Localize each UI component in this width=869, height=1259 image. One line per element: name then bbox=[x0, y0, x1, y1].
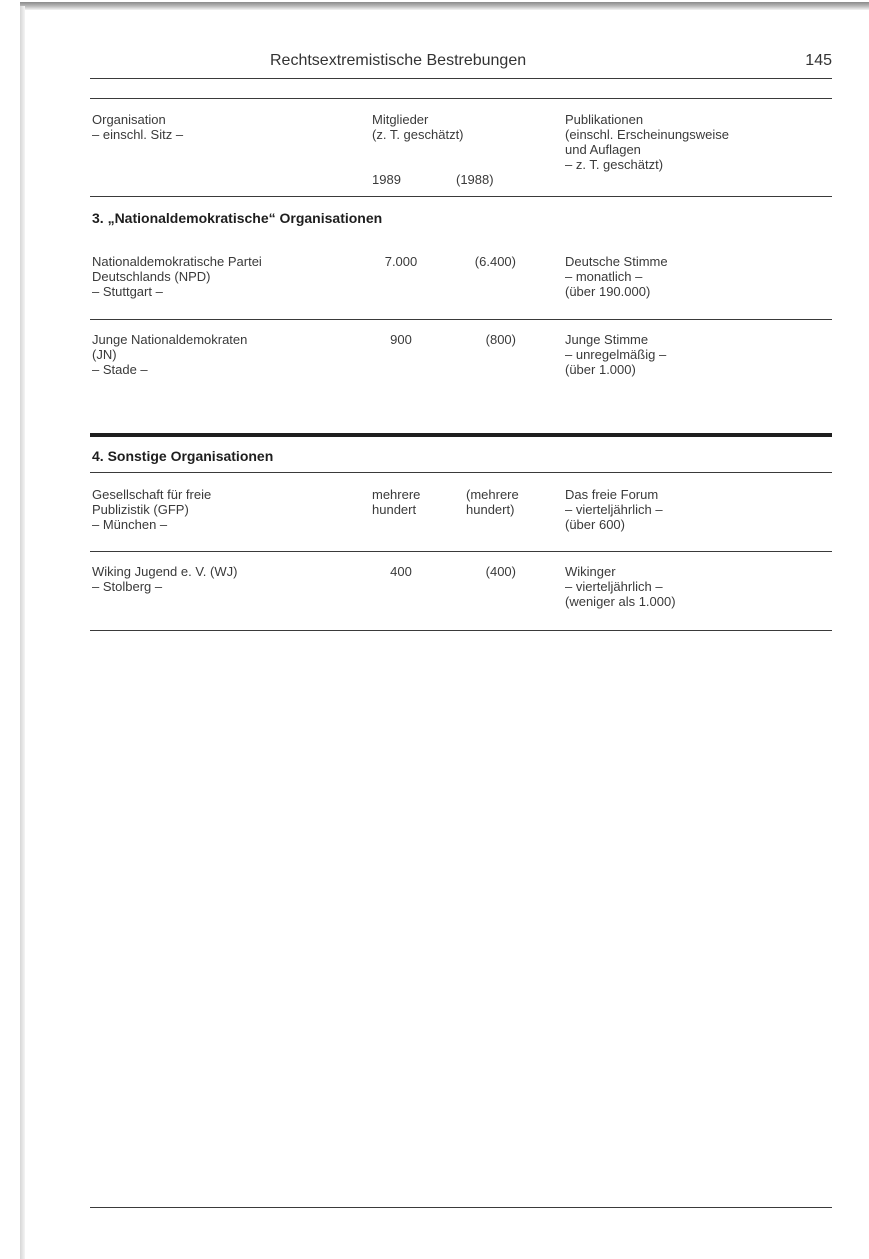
row-members-1988: (mehrere hundert) bbox=[466, 487, 519, 517]
column-header-year-1988: (1988) bbox=[456, 172, 494, 187]
row-publication: Wikinger – vierteljährlich – (weniger al… bbox=[565, 564, 676, 609]
column-header-publikationen: Publikationen (einschl. Erscheinungsweis… bbox=[565, 112, 729, 172]
column-header-mitglieder: Mitglieder (z. T. geschätzt) bbox=[372, 112, 464, 142]
row-members-1989: 900 bbox=[372, 332, 430, 347]
row-members-1988: (6.400) bbox=[454, 254, 516, 269]
row-organisation: Gesellschaft für freie Publizistik (GFP)… bbox=[92, 487, 211, 532]
section-title-nationaldemokratische: 3. „Nationaldemokratische“ Organisatione… bbox=[92, 210, 382, 226]
section-divider-thick bbox=[90, 433, 832, 437]
row-publication: Junge Stimme – unregelmäßig – (über 1.00… bbox=[565, 332, 666, 377]
table-bottom-rule bbox=[90, 630, 832, 631]
running-title-text: Rechtsextremistische Bestrebungen bbox=[270, 52, 526, 69]
column-header-organisation: Organisation – einschl. Sitz – bbox=[92, 112, 183, 142]
section-title-sonstige: 4. Sonstige Organisationen bbox=[92, 448, 273, 464]
row-members-1989: 400 bbox=[372, 564, 430, 579]
row-publication: Das freie Forum – vierteljährlich – (übe… bbox=[565, 487, 663, 532]
document-page: Rechtsextremistische Bestrebungen 145 Or… bbox=[0, 0, 869, 1259]
header-bottom-rule bbox=[90, 196, 832, 197]
row-members-1989: 7.000 bbox=[372, 254, 430, 269]
row-organisation: Wiking Jugend e. V. (WJ) – Stolberg – bbox=[92, 564, 237, 594]
table-top-rule bbox=[90, 98, 832, 99]
row-publication: Deutsche Stimme – monatlich – (über 190.… bbox=[565, 254, 668, 299]
section-title-rule bbox=[90, 472, 832, 473]
row-members-1988: (800) bbox=[454, 332, 516, 347]
header-rule bbox=[90, 78, 832, 79]
row-organisation: Junge Nationaldemokraten (JN) – Stade – bbox=[92, 332, 247, 377]
footer-rule bbox=[90, 1207, 832, 1208]
page-number: 145 bbox=[780, 52, 832, 70]
running-title: Rechtsextremistische Bestrebungen bbox=[270, 52, 670, 70]
row-members-1989: mehrere hundert bbox=[372, 487, 420, 517]
row-divider bbox=[90, 551, 832, 552]
row-members-1988: (400) bbox=[454, 564, 516, 579]
row-divider bbox=[90, 319, 832, 320]
row-organisation: Nationaldemokratische Partei Deutschland… bbox=[92, 254, 262, 299]
column-header-year-1989: 1989 bbox=[372, 172, 401, 187]
